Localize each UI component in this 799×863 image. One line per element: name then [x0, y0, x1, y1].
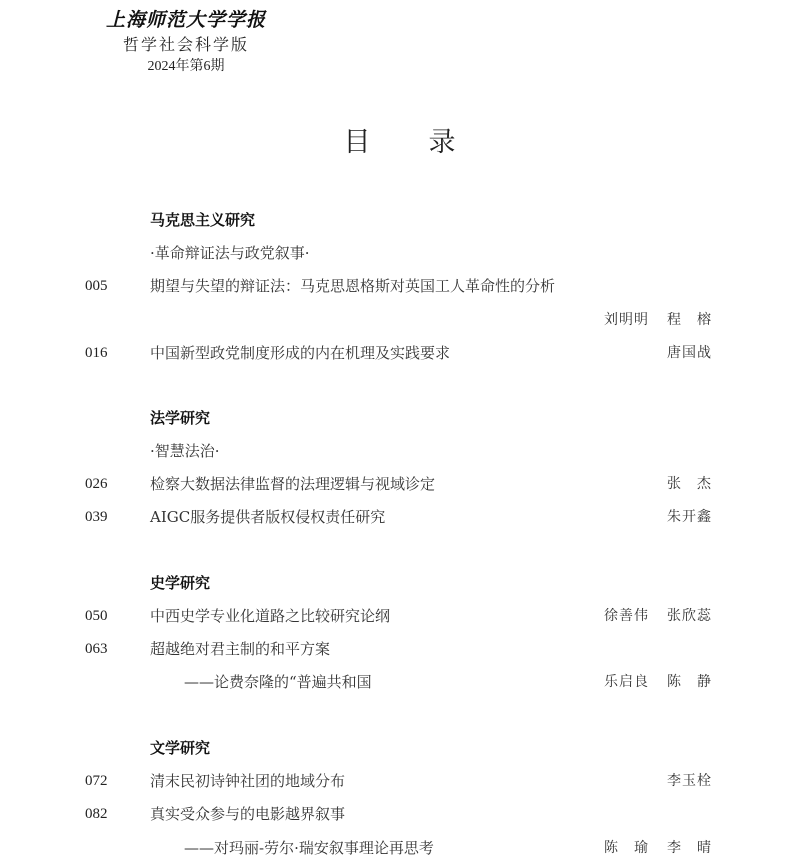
article-title[interactable]: 清末民初诗钟社团的地域分布: [150, 770, 345, 792]
toc-entry-authors: 刘明明程 榕: [0, 309, 799, 331]
article-authors: 张 杰: [667, 473, 712, 495]
toc-entry[interactable]: 016 中国新型政党制度形成的内在机理及实践要求 唐国战: [0, 342, 799, 364]
author-name: 朱开鑫: [667, 509, 712, 525]
article-title[interactable]: AIGC服务提供者版权侵权责任研究: [150, 506, 385, 528]
toc-entry[interactable]: 039 AIGC服务提供者版权侵权责任研究 朱开鑫: [0, 506, 799, 528]
article-title[interactable]: 期望与失望的辩证法：马克思恩格斯对英国工人革命性的分析: [150, 275, 555, 297]
author-name: 刘明明: [604, 312, 649, 328]
article-title[interactable]: 超越绝对君主制的和平方案: [150, 638, 330, 660]
author-name: 张欣蕊: [667, 608, 712, 624]
journal-name: 上海师范大学学报: [100, 6, 272, 34]
toc-entry-subtitle: ——对玛丽-劳尔·瑞安叙事理论再思考 陈 瑜李 晴: [0, 837, 799, 859]
section-heading-marxism: 马克思主义研究: [150, 210, 255, 230]
page-number: 039: [85, 506, 108, 528]
article-authors: 陈 瑜李 晴: [604, 837, 712, 859]
toc-entry[interactable]: 063 超越绝对君主制的和平方案: [0, 638, 799, 660]
section-heading-history: 史学研究: [150, 573, 210, 593]
article-title[interactable]: 检察大数据法律监督的法理逻辑与视域诊定: [150, 473, 435, 495]
toc-entry-subtitle: ——论费奈隆的“普遍共和国 乐启良陈 静: [0, 671, 799, 693]
page-number: 026: [85, 473, 108, 495]
article-title[interactable]: 中国新型政党制度形成的内在机理及实践要求: [150, 342, 450, 364]
journal-masthead: 上海师范大学学报 哲学社会科学版 2024年第6期: [100, 6, 272, 78]
article-authors: 刘明明程 榕: [604, 309, 712, 331]
article-authors: 徐善伟张欣蕊: [604, 605, 712, 627]
page-title-char-1: 目: [344, 124, 371, 160]
journal-edition: 哲学社会科学版: [100, 34, 272, 56]
column-label: ·智慧法治·: [150, 441, 220, 461]
page-number: 063: [85, 638, 108, 660]
page-number: 005: [85, 275, 108, 297]
toc-entry[interactable]: 005 期望与失望的辩证法：马克思恩格斯对英国工人革命性的分析: [0, 275, 799, 297]
toc-entry[interactable]: 026 检察大数据法律监督的法理逻辑与视域诊定 张 杰: [0, 473, 799, 495]
article-title[interactable]: 真实受众参与的电影越界叙事: [150, 803, 345, 825]
journal-issue: 2024年第6期: [100, 56, 272, 78]
article-authors: 李玉栓: [667, 770, 712, 792]
article-title[interactable]: 中西史学专业化道路之比较研究论纲: [150, 605, 390, 627]
author-name: 乐启良: [604, 674, 649, 690]
toc-entry[interactable]: 072 清末民初诗钟社团的地域分布 李玉栓: [0, 770, 799, 792]
toc-entry[interactable]: 082 真实受众参与的电影越界叙事: [0, 803, 799, 825]
page-number: 082: [85, 803, 108, 825]
toc-entry[interactable]: 050 中西史学专业化道路之比较研究论纲 徐善伟张欣蕊: [0, 605, 799, 627]
author-name: 李玉栓: [667, 773, 712, 789]
author-name: 唐国战: [667, 345, 712, 361]
page-number: 050: [85, 605, 108, 627]
article-authors: 唐国战: [667, 342, 712, 364]
author-name: 张 杰: [667, 476, 712, 492]
author-name: 徐善伟: [604, 608, 649, 624]
article-authors: 乐启良陈 静: [604, 671, 712, 693]
author-name: 程 榕: [667, 312, 712, 328]
author-name: 陈 静: [667, 674, 712, 690]
author-name: 李 晴: [667, 840, 712, 856]
article-authors: 朱开鑫: [667, 506, 712, 528]
column-label: ·革命辩证法与政党叙事·: [150, 243, 310, 263]
article-subtitle[interactable]: ——论费奈隆的“普遍共和国: [184, 671, 372, 693]
page-number: 072: [85, 770, 108, 792]
article-subtitle[interactable]: ——对玛丽-劳尔·瑞安叙事理论再思考: [184, 837, 434, 859]
section-heading-law: 法学研究: [150, 408, 210, 428]
page-title-char-2: 录: [429, 124, 456, 160]
author-name: 陈 瑜: [604, 840, 649, 856]
page-number: 016: [85, 342, 108, 364]
page-title: 目录: [0, 124, 799, 160]
section-heading-literature: 文学研究: [150, 738, 210, 758]
